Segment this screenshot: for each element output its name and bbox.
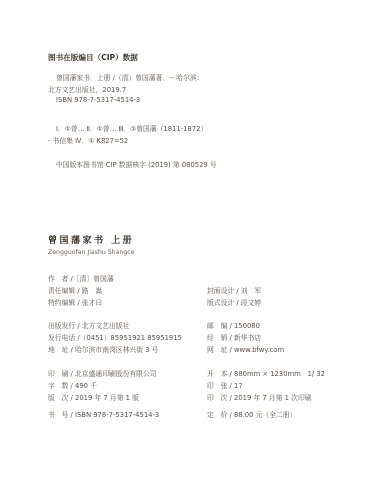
printing-impression: 印 次 / 2019 年 7 月第 1 次印刷 (207, 392, 312, 402)
publisher-address: 地 址 / 哈尔滨市南岗区林兴街 3 号 (48, 344, 158, 354)
cip-line-classification-cont: - 书信集 Ⅳ．① K827=52 (48, 135, 128, 145)
publisher-postcode: 邮 编 / 150080 (207, 320, 260, 330)
book-pinyin: Zengguofan Jiashu Shangce (48, 249, 134, 256)
cip-line-record: 中国版本图书馆 CIP 数据核字 (2019) 第 080529 号 (56, 159, 217, 169)
publisher-distributor: 经 销 / 新华书店 (207, 332, 261, 342)
publisher-name: 出版发行 / 北方文艺出版社 (48, 320, 129, 330)
footer-isbn: 书 号 / ISBN 978-7-5317-4514-3 (48, 409, 159, 419)
printing-printer: 印 刷 / 北京盛通印刷股份有限公司 (48, 368, 157, 378)
publisher-website: 网 址 / www.bfwy.com (207, 344, 284, 354)
cip-line-1: 曾国藩家书．上册 /（清）曾国藩著．-- 哈尔滨： (56, 72, 203, 82)
printing-word-count: 字 数 / 490 千 (48, 380, 97, 390)
publisher-phone: 发行电话 /（0451）85951921 85951915 (48, 332, 182, 342)
cip-line-2: 北方文艺出版社，2019.7 (48, 84, 126, 94)
printing-format: 开 本 / 880mm × 1230mm 1/ 32 (207, 368, 325, 378)
book-title: 曾国藩家书 上册 (48, 233, 134, 246)
credit-layout-design: 版式设计 / 段文婷 (207, 297, 261, 307)
cip-line-classification: Ⅰ．①曾… Ⅱ．①曾… Ⅲ．①曾国藩（1811-1872） (56, 123, 207, 133)
credit-special-editor: 特约编辑 / 张才曰 (48, 297, 102, 307)
footer-price: 定 价 / 88.00 元（全二册） (207, 409, 296, 419)
credit-editor: 责任编辑 / 路 嵩 (48, 285, 102, 295)
cip-heading: 图书在版编目（CIP）数据 (48, 52, 138, 63)
credit-author: 作 者 /［清］曾国藩 (48, 273, 114, 283)
printing-edition: 版 次 / 2019 年 7 月第 1 版 (48, 392, 139, 402)
credit-cover-design: 封面设计 / 刘 军 (207, 285, 261, 295)
printing-sheets: 印 张 / 17 (207, 380, 243, 390)
cip-line-isbn: ISBN 978-7-5317-4514-3 (56, 96, 140, 104)
